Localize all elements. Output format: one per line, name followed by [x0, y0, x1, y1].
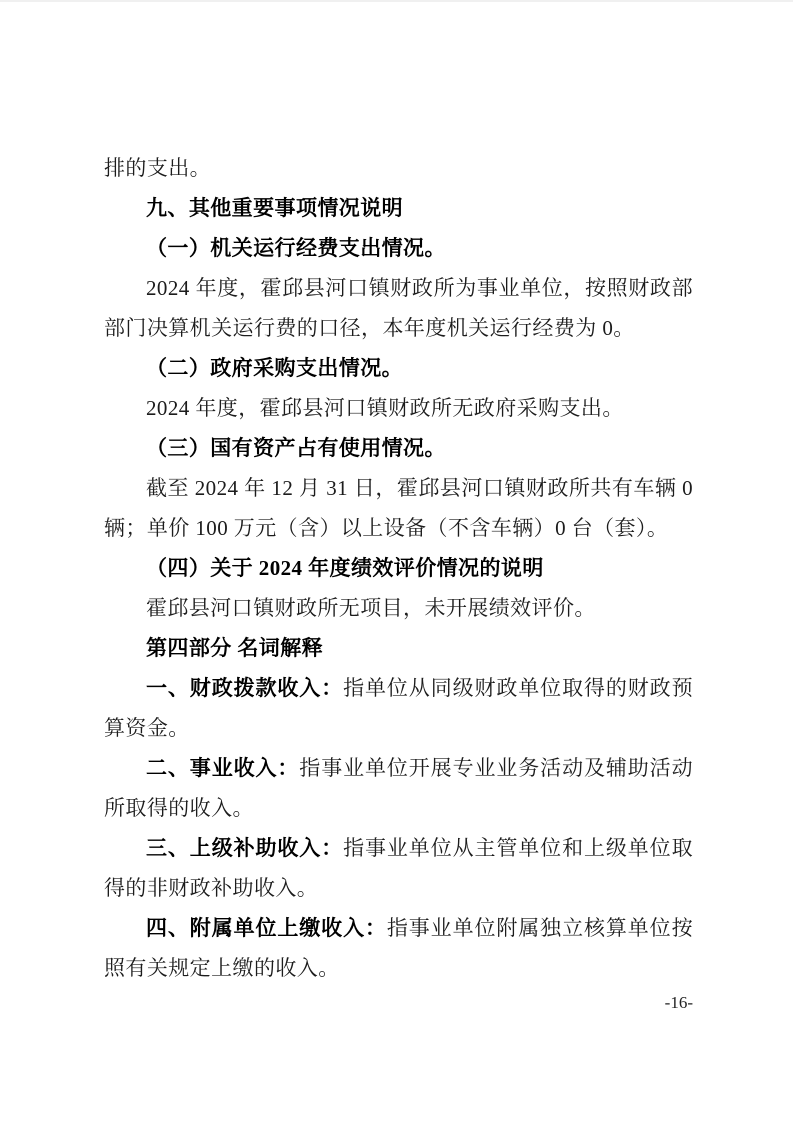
document-page: 排的支出。 九、其他重要事项情况说明 （一）机关运行经费支出情况。 2024 年…	[0, 0, 793, 1122]
heading-sub-one: （一）机关运行经费支出情况。	[104, 228, 693, 268]
term-definition: 二、事业收入：指事业单位开展专业业务活动及辅助活动所取得的收入。	[104, 748, 693, 828]
paragraph-sub-one: 2024 年度，霍邱县河口镇财政所为事业单位，按照财政部部门决算机关运行费的口径…	[104, 268, 693, 348]
carryover-paragraph: 排的支出。	[104, 148, 693, 188]
term-lead: 一、财政拨款收入：	[146, 676, 343, 700]
term-lead: 四、附属单位上缴收入：	[146, 916, 387, 940]
page-number: -16-	[104, 991, 693, 1015]
heading-sub-two: （二）政府采购支出情况。	[104, 348, 693, 388]
paragraph-sub-four: 霍邱县河口镇财政所无项目，未开展绩效评价。	[104, 588, 693, 628]
term-lead: 三、上级补助收入：	[146, 836, 343, 860]
term-definition: 三、上级补助收入：指事业单位从主管单位和上级单位取得的非财政补助收入。	[104, 828, 693, 908]
term-definition: 四、附属单位上缴收入：指事业单位附属独立核算单位按照有关规定上缴的收入。	[104, 908, 693, 988]
heading-section-nine: 九、其他重要事项情况说明	[104, 188, 693, 228]
term-definition: 一、财政拨款收入：指单位从同级财政单位取得的财政预算资金。	[104, 668, 693, 748]
heading-part-four: 第四部分 名词解释	[104, 628, 693, 668]
term-lead: 二、事业收入：	[146, 756, 299, 780]
paragraph-sub-two: 2024 年度，霍邱县河口镇财政所无政府采购支出。	[104, 388, 693, 428]
heading-sub-three: （三）国有资产占有使用情况。	[104, 428, 693, 468]
heading-sub-four: （四）关于 2024 年度绩效评价情况的说明	[104, 548, 693, 588]
document-body: 排的支出。 九、其他重要事项情况说明 （一）机关运行经费支出情况。 2024 年…	[104, 148, 693, 988]
page-top-edge-divider	[0, 0, 793, 2]
paragraph-sub-three: 截至 2024 年 12 月 31 日，霍邱县河口镇财政所共有车辆 0 辆；单价…	[104, 468, 693, 548]
